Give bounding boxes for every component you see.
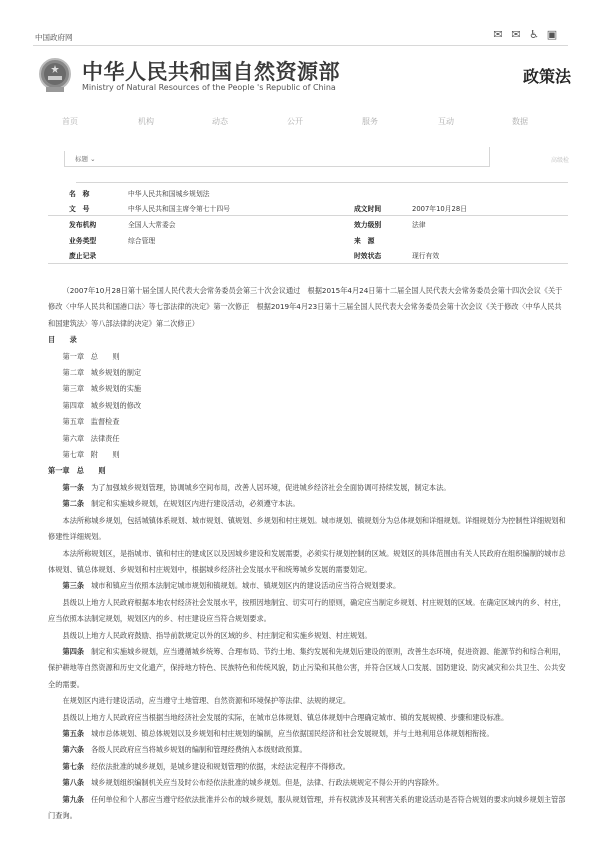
- main-nav: 首页 机构 动态 公开 服务 互动 数据: [0, 116, 595, 130]
- meta-status-label: 时效状态: [354, 250, 381, 260]
- article-text: 各级人民政府应当将城乡规划的编制和管理经费纳入本级财政预算。: [91, 745, 307, 754]
- article-number: 第五条: [63, 729, 85, 738]
- article-number: 第三条: [63, 581, 85, 590]
- article-text: 经依法批准的城乡规划，是城乡建设和规划管理的依据，未经法定程序不得修改。: [91, 762, 350, 771]
- nav-item-interaction[interactable]: 互动: [438, 116, 454, 127]
- toc-item[interactable]: 第一章 总 则: [48, 349, 568, 365]
- accessibility-icon[interactable]: ♿: [528, 29, 540, 41]
- nav-item-service[interactable]: 服务: [362, 116, 378, 127]
- app-icon[interactable]: ▣: [546, 29, 558, 41]
- article-text: 为了加强城乡规划管理，协调城乡空间布局，改善人居环境，促进城乡经济社会全面协调可…: [91, 483, 450, 492]
- meta-issuer-value: 全国人大常委会: [128, 219, 176, 229]
- article-text: 在规划区内进行建设活动，应当遵守土地管理、自然资源和环境保护等法律、法规的规定。: [63, 696, 351, 705]
- meta-category-value: 综合管理: [128, 235, 155, 245]
- chapter-heading: 第一章 总 则: [48, 463, 568, 479]
- meta-category-label: 业务类型: [69, 235, 96, 245]
- toc-item[interactable]: 第六章 法律责任: [48, 431, 568, 447]
- article-paragraph: 县级以上地方人民政府鼓励、指导前款规定以外的区域的乡、村庄制定和实施乡规划、村庄…: [48, 628, 568, 644]
- site-header: 中华人民共和国自然资源部 Ministry of Natural Resourc…: [33, 52, 595, 102]
- article-number: 第四条: [63, 647, 85, 656]
- article-paragraph: 县级以上地方人民政府应当根据当地经济社会发展的实际，在城市总体规划、镇总体规划中…: [48, 710, 568, 726]
- national-emblem-icon: [36, 56, 74, 96]
- article-number: 第七条: [63, 762, 85, 771]
- meta-repeal-label: 废止记录: [69, 250, 96, 260]
- article-paragraph: 第五条城市总体规划、镇总体规划以及乡规划和村庄规划的编制，应当依据国民经济和社会…: [48, 726, 568, 742]
- article-text: 制定和实施城乡规划，应当遵循城乡统筹、合理布局、节约土地、集约发展和先规划后建设…: [48, 647, 566, 689]
- meta-status-value: 现行有效: [412, 250, 439, 260]
- article-paragraph: 在规划区内进行建设活动，应当遵守土地管理、自然资源和环境保护等法律、法规的规定。: [48, 693, 568, 709]
- toc-item[interactable]: 第三章 城乡规划的实施: [48, 381, 568, 397]
- toc-item[interactable]: 第四章 城乡规划的修改: [48, 398, 568, 414]
- toc-item[interactable]: 第五章 监督检查: [48, 414, 568, 430]
- article-text: 本法所称规划区，是指城市、镇和村庄的建成区以及因城乡建设和发展需要，必须实行规划…: [48, 549, 566, 574]
- site-subtitle: Ministry of Natural Resources of the Peo…: [82, 83, 336, 92]
- advanced-search-link[interactable]: 高级检: [551, 155, 569, 164]
- article-paragraph: 第四条制定和实施城乡规划，应当遵循城乡统筹、合理布局、节约土地、集约发展和先规划…: [48, 644, 568, 693]
- article-number: 第一条: [63, 483, 85, 492]
- meta-level-value: 法律: [412, 219, 426, 229]
- article-paragraph: 第六条各级人民政府应当将城乡规划的编制和管理经费纳入本级财政预算。: [48, 742, 568, 758]
- top-bar: 中国政府网 ✉ ✉ ♿ ▣: [33, 31, 568, 46]
- preamble: （2007年10月28日第十届全国人民代表大会常务委员会第三十次会议通过 根据2…: [48, 283, 568, 332]
- site-title: 中华人民共和国自然资源部: [82, 56, 340, 86]
- article-text: 县级以上地方人民政府根据本地农村经济社会发展水平，按照因地制宜、切实可行的原则，…: [48, 598, 566, 623]
- search-type-select[interactable]: 标题 ⌄: [75, 154, 96, 163]
- meta-issuer-label: 发布机构: [69, 219, 96, 229]
- toc-heading: 目 录: [48, 332, 568, 348]
- article-list: 第一条为了加强城乡规划管理，协调城乡空间布局，改善人居环境，促进城乡经济社会全面…: [48, 480, 568, 825]
- article-paragraph: 第三条城市和镇应当依照本法制定城市规划和镇规划。城市、镇规划区内的建设活动应当符…: [48, 578, 568, 594]
- article-text: 城市总体规划、镇总体规划以及乡规划和村庄规划的编制，应当依据国民经济和社会发展规…: [91, 729, 494, 738]
- meta-name-value: 中华人民共和国城乡规划法: [128, 188, 210, 198]
- nav-item-news[interactable]: 动态: [212, 116, 228, 127]
- meta-date-value: 2007年10月28日: [412, 203, 467, 213]
- article-paragraph: 县级以上地方人民政府根据本地农村经济社会发展水平，按照因地制宜、切实可行的原则，…: [48, 595, 568, 628]
- article-paragraph: 第二条制定和实施城乡规划，在规划区内进行建设活动，必须遵守本法。: [48, 496, 568, 512]
- article-text: 任何单位和个人都应当遵守经依法批准并公布的城乡规划，服从规划管理，并有权就涉及其…: [48, 795, 565, 820]
- nav-item-data[interactable]: 数据: [512, 116, 528, 127]
- meta-level-label: 效力级别: [354, 219, 381, 229]
- article-paragraph: 本法所称城乡规划，包括城镇体系规划、城市规划、镇规划、乡规划和村庄规划。城市规划…: [48, 513, 568, 546]
- top-icons: ✉ ✉ ♿ ▣: [492, 29, 558, 41]
- article-number: 第九条: [63, 795, 85, 804]
- article-paragraph: 第一条为了加强城乡规划管理，协调城乡空间布局，改善人居环境，促进城乡经济社会全面…: [48, 480, 568, 496]
- mail-subscribe-icon[interactable]: ✉: [510, 29, 522, 41]
- article-text: 本法所称城乡规划，包括城镇体系规划、城市规划、镇规划、乡规划和村庄规划。城市规划…: [48, 516, 566, 541]
- article-number: 第二条: [63, 499, 85, 508]
- article-number: 第六条: [63, 745, 85, 754]
- nav-item-organization[interactable]: 机构: [138, 116, 154, 127]
- section-title: 政策法: [523, 64, 571, 87]
- meta-source-label: 来 源: [354, 235, 374, 245]
- article-paragraph: 第九条任何单位和个人都应当遵守经依法批准并公布的城乡规划，服从规划管理，并有权就…: [48, 792, 568, 825]
- meta-docno-label: 文 号: [69, 203, 89, 213]
- article-text: 县级以上地方人民政府鼓励、指导前款规定以外的区域的乡、村庄制定和实施乡规划、村庄…: [63, 631, 372, 640]
- toc-item[interactable]: 第二章 城乡规划的制定: [48, 365, 568, 381]
- meta-name-label: 名 称: [69, 188, 89, 198]
- search-input[interactable]: 标题 ⌄: [64, 151, 490, 167]
- gov-portal-link[interactable]: 中国政府网: [35, 32, 73, 43]
- meta-date-label: 成文时间: [354, 203, 381, 213]
- article-paragraph: 第八条城乡规划组织编制机关应当及时公布经依法批准的城乡规划。但是，法律、行政法规…: [48, 775, 568, 791]
- table-of-contents: 第一章 总 则 第二章 城乡规划的制定 第三章 城乡规划的实施 第四章 城乡规划…: [48, 349, 568, 464]
- nav-item-home[interactable]: 首页: [62, 116, 78, 127]
- chevron-down-icon: ⌄: [90, 155, 95, 163]
- article-text: 县级以上地方人民政府应当根据当地经济社会发展的实际，在城市总体规划、镇总体规划中…: [63, 713, 509, 722]
- document-body: （2007年10月28日第十届全国人民代表大会常务委员会第三十次会议通过 根据2…: [48, 283, 568, 824]
- article-paragraph: 本法所称规划区，是指城市、镇和村庄的建成区以及因城乡建设和发展需要，必须实行规划…: [48, 546, 568, 579]
- meta-docno-value: 中华人民共和国主席令第七十四号: [128, 203, 230, 213]
- article-text: 城乡规划组织编制机关应当及时公布经依法批准的城乡规划。但是，法律、行政法规规定不…: [91, 778, 443, 787]
- article-text: 城市和镇应当依照本法制定城市规划和镇规划。城市、镇规划区内的建设活动应当符合规划…: [91, 581, 400, 590]
- article-paragraph: 第七条经依法批准的城乡规划，是城乡建设和规划管理的依据，未经法定程序不得修改。: [48, 759, 568, 775]
- article-text: 制定和实施城乡规划，在规划区内进行建设活动，必须遵守本法。: [91, 499, 299, 508]
- toc-item[interactable]: 第七章 附 则: [48, 447, 568, 463]
- article-number: 第八条: [63, 778, 85, 787]
- mail-icon[interactable]: ✉: [492, 29, 504, 41]
- nav-item-public[interactable]: 公开: [287, 116, 303, 127]
